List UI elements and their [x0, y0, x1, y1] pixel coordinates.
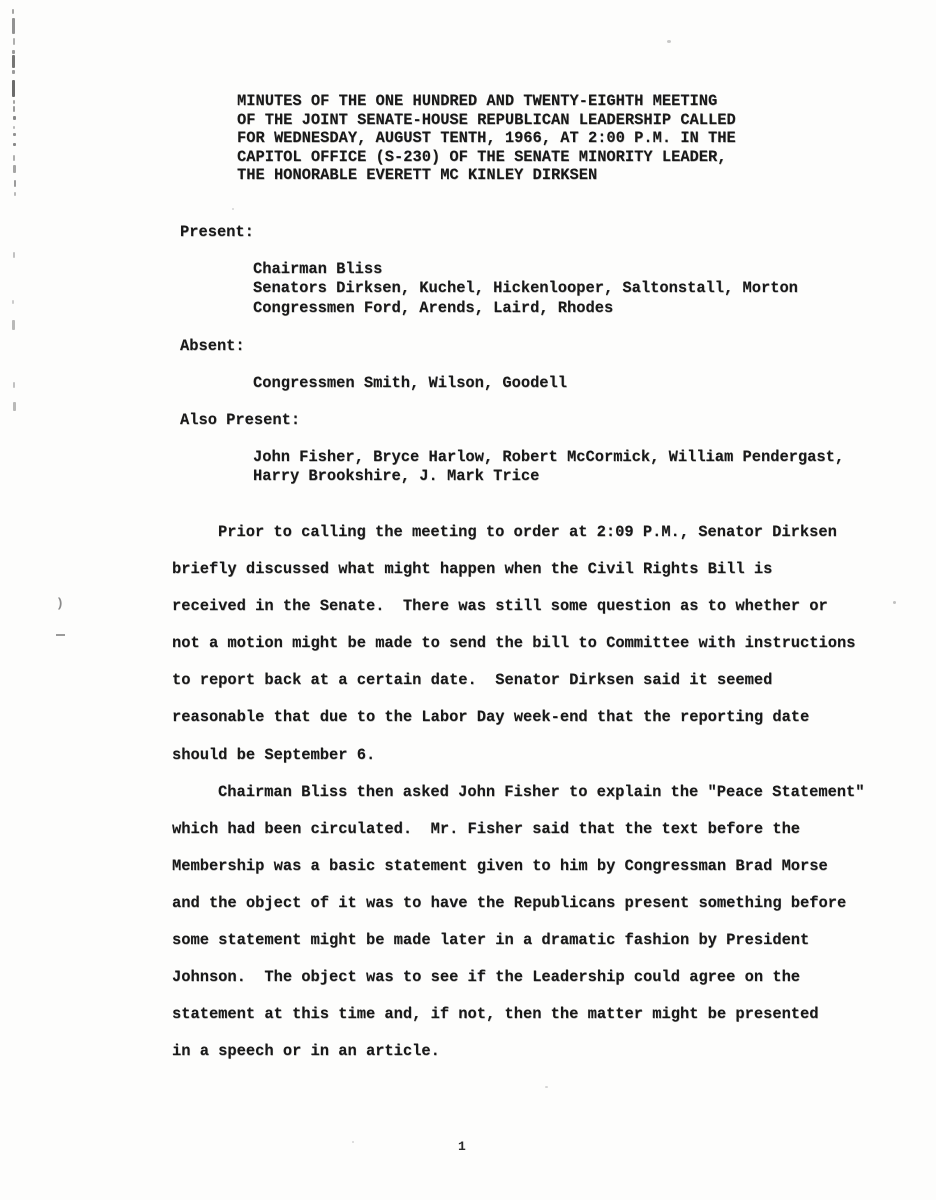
body-paragraph-1: Prior to calling the meeting to order at… [172, 514, 892, 774]
text-line: Prior to calling the meeting to order at… [172, 514, 892, 551]
scan-speck [352, 1141, 354, 1143]
text-line: Congressmen Ford, Arends, Laird, Rhodes [253, 299, 798, 318]
text-line: some statement might be made later in a … [172, 922, 892, 959]
text-line: John Fisher, Bryce Harlow, Robert McCorm… [253, 448, 844, 467]
text-line: briefly discussed what might happen when… [172, 551, 892, 588]
scanned-document-page: ) MINUTES OF THE ONE HUNDRED AND TWENTY-… [0, 0, 936, 1200]
scan-speck [667, 40, 671, 43]
text-line: received in the Senate. There was still … [172, 588, 892, 625]
body-paragraph-2: Chairman Bliss then asked John Fisher to… [172, 774, 892, 1071]
text-line: Chairman Bliss then asked John Fisher to… [172, 774, 892, 811]
text-line: OF THE JOINT SENATE-HOUSE REPUBLICAN LEA… [237, 111, 736, 130]
text-line: Johnson. The object was to see if the Le… [172, 959, 892, 996]
text-line: not a motion might be made to send the b… [172, 625, 892, 662]
text-line: THE HONORABLE EVERETT MC KINLEY DIRKSEN [237, 166, 736, 185]
text-line: which had been circulated. Mr. Fisher sa… [172, 811, 892, 848]
text-line: to report back at a certain date. Senato… [172, 662, 892, 699]
scan-speck [545, 1086, 548, 1088]
text-line: CAPITOL OFFICE (S-230) OF THE SENATE MIN… [237, 148, 736, 167]
absent-section-label: Absent: [180, 337, 245, 356]
text-line: MINUTES OF THE ONE HUNDRED AND TWENTY-EI… [237, 92, 736, 111]
text-line: in a speech or in an article. [172, 1033, 892, 1070]
section-label-text: Also Present: [180, 411, 300, 430]
minutes-body-text: Prior to calling the meeting to order at… [172, 514, 892, 1070]
present-attendees-list: Chairman BlissSenators Dirksen, Kuchel, … [253, 260, 798, 318]
text-line: and the object of it was to have the Rep… [172, 885, 892, 922]
scan-speck [893, 601, 896, 604]
text-line: reasonable that due to the Labor Day wee… [172, 699, 892, 736]
also-present-attendees-list: John Fisher, Bryce Harlow, Robert McCorm… [253, 448, 844, 487]
text-line: statement at this time and, if not, then… [172, 996, 892, 1033]
page-number: 1 [458, 1139, 466, 1154]
text-line: Chairman Bliss [253, 260, 798, 279]
pencil-paren-mark: ) [56, 596, 64, 611]
document-title-block: MINUTES OF THE ONE HUNDRED AND TWENTY-EI… [237, 92, 736, 185]
pencil-dash-mark [56, 634, 65, 636]
scan-speck [232, 208, 234, 210]
also-present-section-label: Also Present: [180, 411, 300, 430]
text-line: FOR WEDNESDAY, AUGUST TENTH, 1966, AT 2:… [237, 129, 736, 148]
text-line: Harry Brookshire, J. Mark Trice [253, 467, 844, 486]
section-label-text: Absent: [180, 337, 245, 356]
present-section-label: Present: [180, 223, 254, 242]
section-label-text: Present: [180, 223, 254, 242]
text-line: should be September 6. [172, 737, 892, 774]
text-line: Membership was a basic statement given t… [172, 848, 892, 885]
text-line: Congressmen Smith, Wilson, Goodell [253, 374, 567, 393]
text-line: Senators Dirksen, Kuchel, Hickenlooper, … [253, 279, 798, 298]
absent-attendees-list: Congressmen Smith, Wilson, Goodell [253, 374, 567, 393]
